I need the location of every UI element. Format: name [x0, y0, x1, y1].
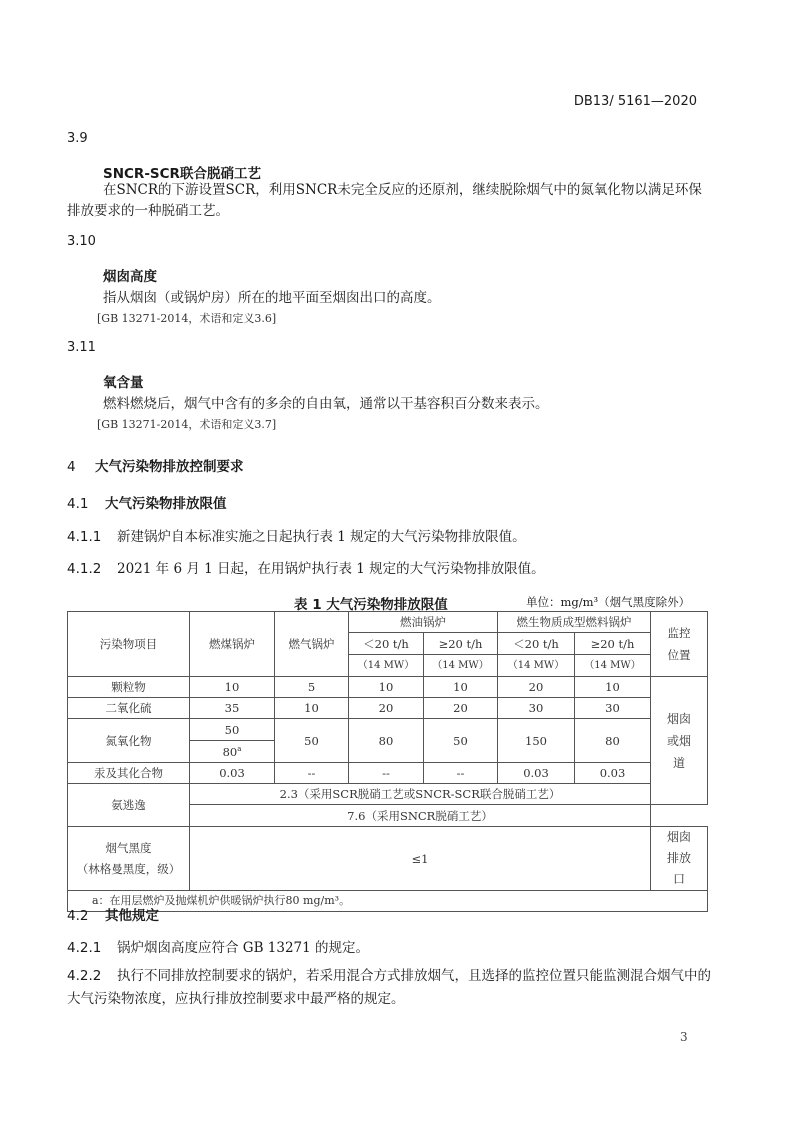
cell-gas: 10	[275, 698, 349, 719]
term-title: 烟囱高度	[103, 265, 157, 285]
cell-bio-lt20: 150	[498, 719, 575, 763]
header-mw: （14 MW）	[349, 655, 424, 677]
section-heading-4-2: 4.2其他规定	[67, 904, 159, 924]
pollutant-name: 颗粒物	[68, 677, 190, 698]
table-unit: 单位：mg/m³（烟气黑度除外）	[526, 594, 690, 610]
cell-coal: 10	[190, 677, 275, 698]
header-oil-lt20: ＜20 t/h	[349, 633, 424, 655]
term-title: SNCR-SCR联合脱硝工艺	[103, 162, 261, 182]
table-row-so2: 二氧化硫 35 10 20 20 30 30	[68, 698, 708, 719]
clause-text: 2021 年 6 月 1 日起，在用锅炉执行表 1 规定的大气污染物排放限值。	[117, 561, 545, 577]
cell-gas: --	[275, 763, 349, 784]
section-title: 大气污染物排放控制要求	[95, 459, 244, 475]
section-title: 其他规定	[105, 908, 159, 924]
clause-number: 3.9	[67, 131, 88, 146]
table-row-smoke: 烟气黑度 （林格曼黑度，级） ≤1 烟囱排放口	[68, 827, 708, 891]
header-mw: （14 MW）	[424, 655, 498, 677]
cell-coal: 0.03	[190, 763, 275, 784]
cell-oil-ge20: --	[424, 763, 498, 784]
value: 80	[223, 745, 238, 759]
clause-number: 4.1.1	[67, 529, 117, 545]
header-mw: （14 MW）	[498, 655, 575, 677]
cell-gas: 50	[275, 719, 349, 763]
cell-nh3-scr: 2.3（采用SCR脱硝工艺或SNCR-SCR联合脱硝工艺）	[190, 784, 651, 805]
clause-4-2-2: 4.2.2执行不同排放控制要求的锅炉，若采用混合方式排放烟气，且选择的监控位置只…	[67, 965, 712, 1011]
clause-number: 4.2.2	[67, 965, 117, 988]
cell-oil-ge20: 10	[424, 677, 498, 698]
header-biomass: 燃生物质成型燃料锅炉	[498, 612, 651, 633]
clause-text: 新建锅炉自本标准实施之日起执行表 1 规定的大气污染物排放限值。	[117, 529, 526, 545]
cell-bio-ge20: 10	[575, 677, 651, 698]
pollutant-name: 烟气黑度 （林格曼黑度，级）	[68, 827, 190, 891]
pollutant-name: 二氧化硫	[68, 698, 190, 719]
table-row-nh3: 氨逃逸 2.3（采用SCR脱硝工艺或SNCR-SCR联合脱硝工艺）	[68, 784, 708, 805]
pollutant-name: 氮氧化物	[68, 719, 190, 763]
cell-oil-ge20: 50	[424, 719, 498, 763]
header-monitor: 监控位置	[651, 612, 708, 677]
clause-number: 3.10	[67, 234, 96, 249]
pollutant-name: 氨逃逸	[68, 784, 190, 827]
term-definition: 燃料燃烧后，烟气中含有的多余的自由氧，通常以干基容积百分数来表示。	[103, 392, 549, 412]
pollutant-name-line2: （林格曼黑度，级）	[68, 859, 189, 880]
cell-oil-lt20: 20	[349, 698, 424, 719]
footnote-marker: a	[237, 745, 241, 753]
term-reference: [GB 13271-2014，术语和定义3.7]	[97, 416, 276, 432]
section-heading-4: 4大气污染物排放控制要求	[67, 455, 244, 475]
cell-bio-ge20: 0.03	[575, 763, 651, 784]
header-bio-ge20: ≥20 t/h	[575, 633, 651, 655]
table-row-nox: 氮氧化物 50 50 80 50 150 80	[68, 719, 708, 741]
clause-number: 4.2.1	[67, 940, 117, 956]
cell-bio-ge20: 80	[575, 719, 651, 763]
header-pollutant: 污染物项目	[68, 612, 190, 677]
cell-bio-ge20: 30	[575, 698, 651, 719]
clause-text: 锅炉烟囱高度应符合 GB 13271 的规定。	[117, 940, 369, 956]
cell-nh3-sncr: 7.6（采用SNCR脱硝工艺）	[190, 805, 651, 827]
cell-gas: 5	[275, 677, 349, 698]
table-note-row: a：在用层燃炉及抛煤机炉供暖锅炉执行80 mg/m³。	[68, 891, 708, 912]
header-oil: 燃油锅炉	[349, 612, 498, 633]
emission-limits-table: 污染物项目 燃煤锅炉 燃气锅炉 燃油锅炉 燃生物质成型燃料锅炉 监控位置 ＜20…	[67, 611, 708, 912]
cell-bio-lt20: 30	[498, 698, 575, 719]
header-coal: 燃煤锅炉	[190, 612, 275, 677]
clause-4-2-1: 4.2.1锅炉烟囱高度应符合 GB 13271 的规定。	[67, 936, 369, 956]
cell-coal: 50	[190, 719, 275, 741]
header-bio-lt20: ＜20 t/h	[498, 633, 575, 655]
clause-text: 执行不同排放控制要求的锅炉，若采用混合方式排放烟气，且选择的监控位置只能监测混合…	[67, 968, 711, 1007]
section-number: 4.1	[67, 496, 105, 512]
table-footnote: a：在用层燃炉及抛煤机炉供暖锅炉执行80 mg/m³。	[68, 891, 708, 912]
cell-bio-lt20: 20	[498, 677, 575, 698]
pollutant-name-line1: 烟气黑度	[68, 838, 189, 859]
table-caption: 表 1 大气污染物排放限值	[294, 593, 448, 613]
monitor-location: 烟囱排放口	[651, 827, 708, 891]
section-number: 4	[67, 459, 95, 475]
document-id: DB13/ 5161—2020	[574, 94, 697, 109]
clause-4-1-1: 4.1.1新建锅炉自本标准实施之日起执行表 1 规定的大气污染物排放限值。	[67, 525, 526, 545]
term-definition: 在SNCR的下游设置SCR，利用SNCR未完全反应的还原剂，继续脱除烟气中的氮氧…	[67, 180, 707, 222]
clause-number: 3.11	[67, 340, 96, 355]
section-heading-4-1: 4.1大气污染物排放限值	[67, 492, 227, 512]
table-row-pm: 颗粒物 10 5 10 10 20 10 烟囱或烟道	[68, 677, 708, 698]
cell-smoke-value: ≤1	[190, 827, 651, 891]
page-number: 3	[680, 1030, 688, 1044]
cell-oil-lt20: 80	[349, 719, 424, 763]
pollutant-name: 汞及其化合物	[68, 763, 190, 784]
term-reference: [GB 13271-2014，术语和定义3.6]	[97, 310, 276, 326]
term-title: 氧含量	[103, 371, 144, 391]
clause-4-1-2: 4.1.22021 年 6 月 1 日起，在用锅炉执行表 1 规定的大气污染物排…	[67, 557, 545, 577]
cell-oil-ge20: 20	[424, 698, 498, 719]
section-title: 大气污染物排放限值	[105, 496, 227, 512]
term-definition: 指从烟囱（或锅炉房）所在的地平面至烟囱出口的高度。	[103, 286, 441, 306]
cell-coal: 35	[190, 698, 275, 719]
monitor-location: 烟囱或烟道	[651, 677, 708, 805]
cell-oil-lt20: --	[349, 763, 424, 784]
header-gas: 燃气锅炉	[275, 612, 349, 677]
cell-coal-inuse: 80a	[190, 741, 275, 763]
header-oil-ge20: ≥20 t/h	[424, 633, 498, 655]
cell-bio-lt20: 0.03	[498, 763, 575, 784]
cell-oil-lt20: 10	[349, 677, 424, 698]
section-number: 4.2	[67, 908, 105, 924]
header-mw: （14 MW）	[575, 655, 651, 677]
table-row-hg: 汞及其化合物 0.03 -- -- -- 0.03 0.03	[68, 763, 708, 784]
clause-number: 4.1.2	[67, 561, 117, 577]
